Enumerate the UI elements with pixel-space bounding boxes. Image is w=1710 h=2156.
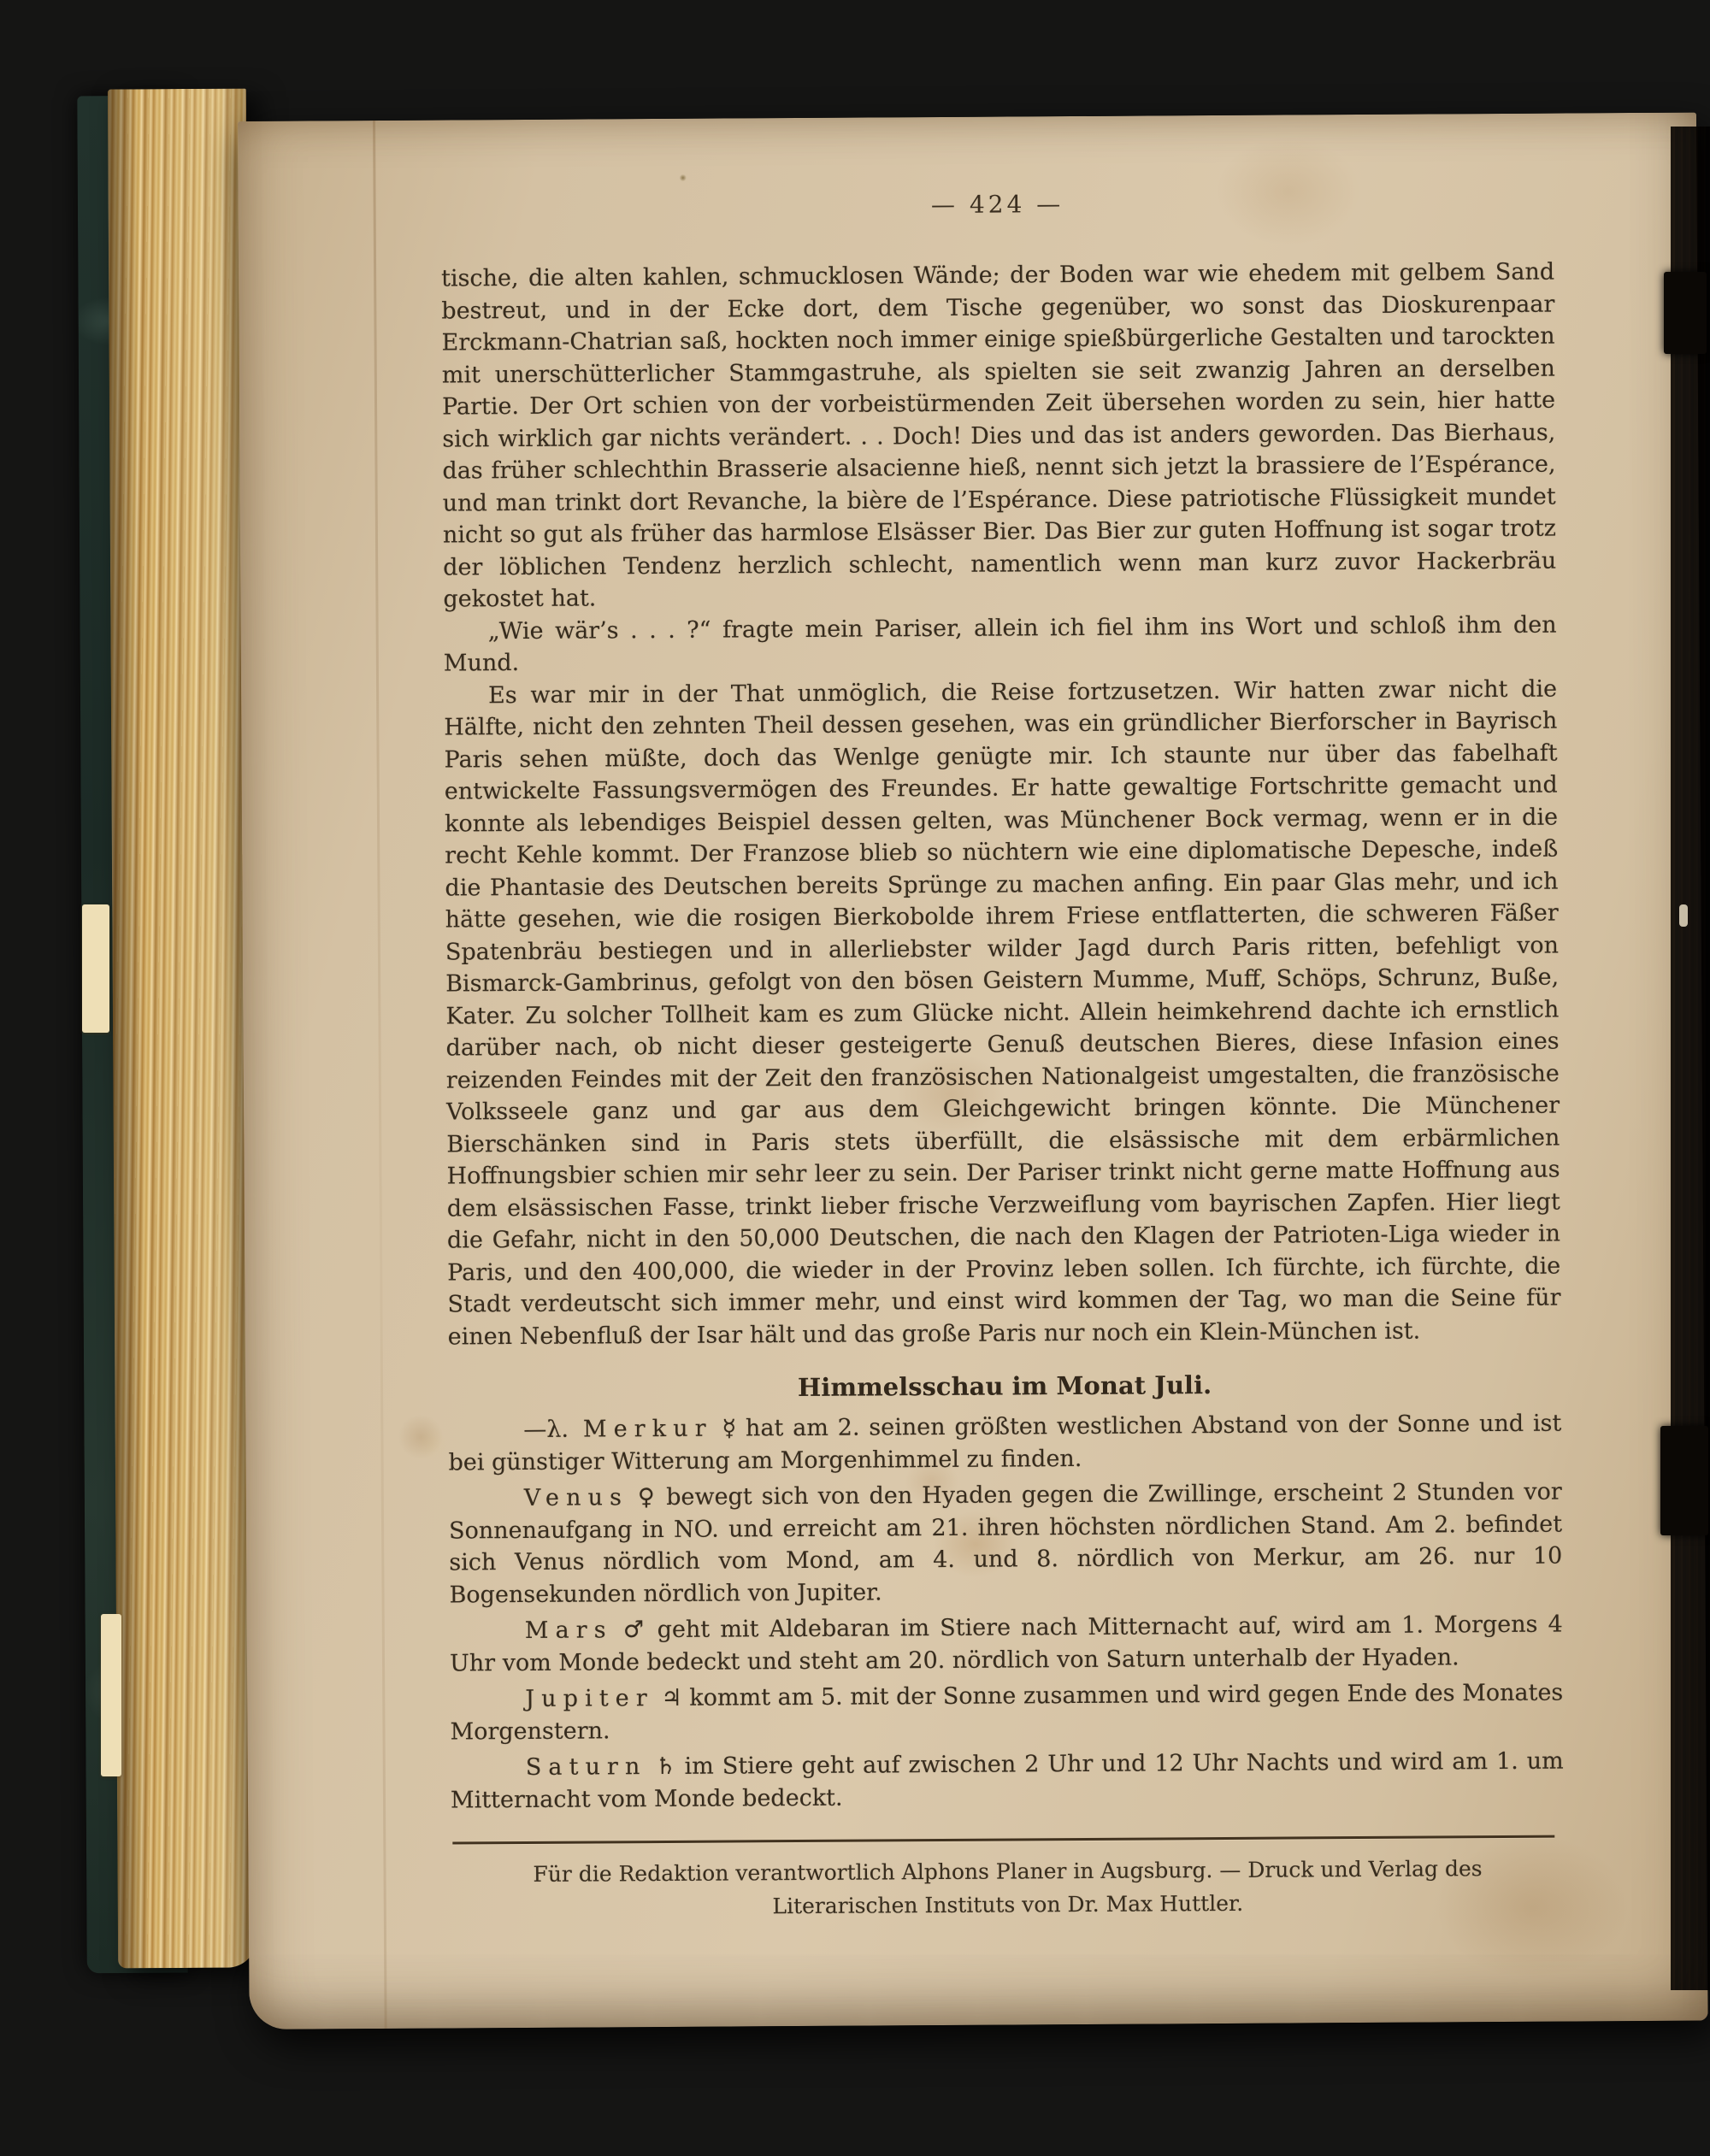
jupiter-symbol-icon: ♃ — [661, 1685, 681, 1711]
saturn-symbol-icon: ♄ — [655, 1753, 675, 1780]
imprint-line: Literarischen Instituts von Dr. Max Hutt… — [451, 1885, 1565, 1925]
author-mark: —λ. — [523, 1417, 569, 1443]
protruding-page-edge — [101, 1614, 121, 1776]
astronomy-paragraph-jupiter: Jupiter ♃ kommt am 5. mit der Sonne zusa… — [450, 1677, 1563, 1748]
venus-symbol-icon: ♀ — [638, 1484, 657, 1511]
planet-name: Venus — [524, 1484, 628, 1511]
planet-name: Merkur — [583, 1416, 713, 1443]
body-paragraph: „Wie wär’s . . . ?“ fragte mein Pariser,… — [444, 609, 1557, 680]
planet-name: Mars — [525, 1617, 613, 1644]
paragraph-text: geht mit Aldebaran im Stiere nach Mitter… — [450, 1611, 1563, 1676]
footer-divider — [452, 1835, 1554, 1845]
planet-name: Jupiter — [525, 1685, 654, 1712]
binding-repair-mark — [1664, 272, 1707, 354]
page-edge-highlight — [1679, 904, 1688, 927]
text-column: — 424 — tische, die alten kahlen, schmuc… — [441, 187, 1565, 1925]
astronomy-paragraph-mercury: —λ. Merkur ☿ hat am 2. seinen größten we… — [448, 1408, 1561, 1479]
imprint-line: Für die Redaktion verantwortlich Alphons… — [451, 1852, 1564, 1892]
section-heading: Himmelsschau im Monat Juli. — [448, 1369, 1561, 1405]
astronomy-paragraph-mars: Mars ♂ geht mit Aldebaran im Stiere nach… — [450, 1609, 1563, 1680]
astronomy-paragraph-venus: Venus ♀ bewegt sich von den Hyaden gegen… — [449, 1476, 1563, 1611]
binding-repair-mark — [1660, 1426, 1708, 1535]
mercury-symbol-icon: ☿ — [722, 1415, 736, 1441]
book-fore-edge-pages — [108, 89, 256, 1969]
mars-symbol-icon: ♂ — [623, 1617, 647, 1643]
body-paragraph: Es war mir in der That unmöglich, die Re… — [444, 673, 1561, 1352]
adjacent-page-edges — [1671, 127, 1710, 1990]
page-number: — 424 — — [441, 187, 1554, 222]
astronomy-paragraph-saturn: Saturn ♄ im Stiere geht auf zwischen 2 U… — [451, 1746, 1564, 1817]
planet-name: Saturn — [526, 1753, 647, 1781]
book-page: — 424 — tische, die alten kahlen, schmuc… — [238, 113, 1708, 2029]
photo-background: — 424 — tische, die alten kahlen, schmuc… — [0, 0, 1710, 2156]
body-paragraph: tische, die alten kahlen, schmucklosen W… — [441, 256, 1556, 616]
protruding-page-edge — [82, 904, 109, 1033]
page-crease — [373, 121, 387, 2029]
